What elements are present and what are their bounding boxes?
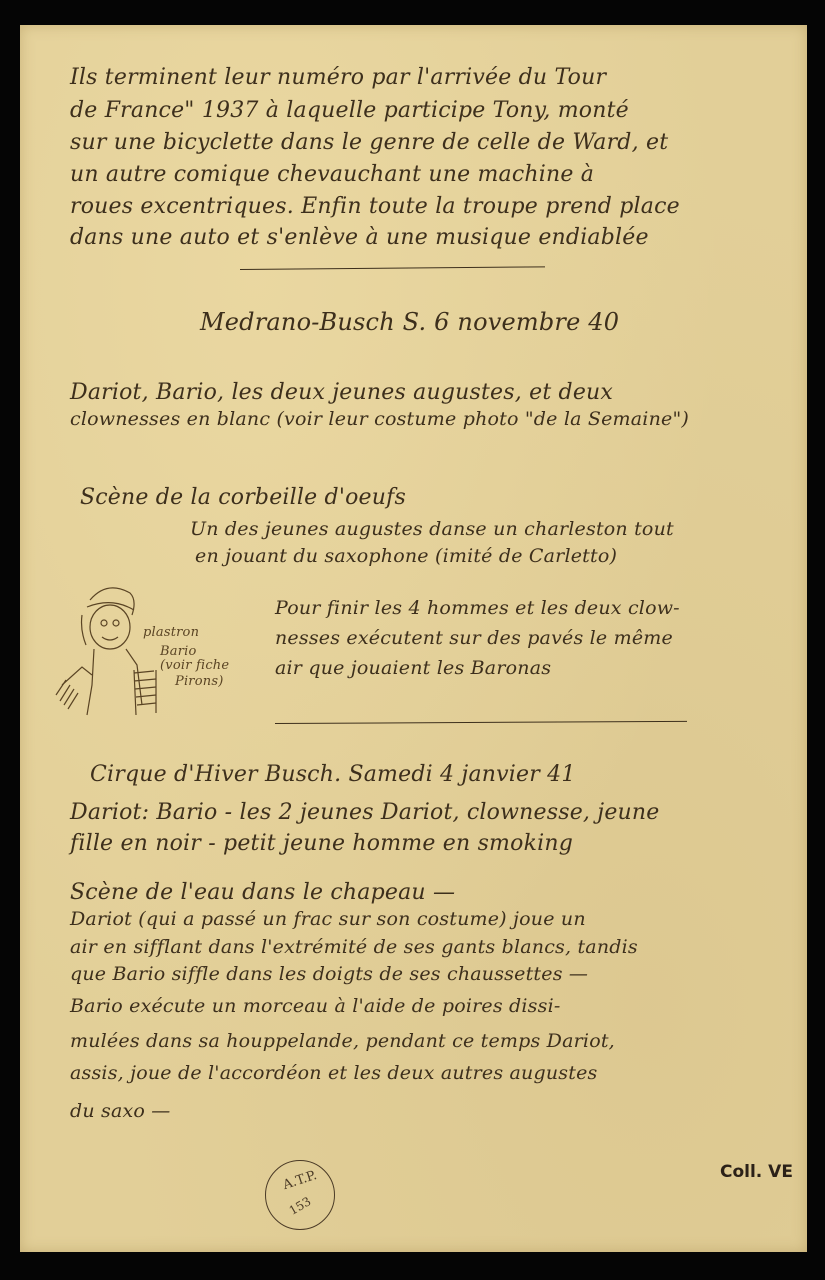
section1-cast-line-2: clownesses en blanc (voir leur costume p… xyxy=(70,408,689,430)
section2-scene-line-6: assis, joue de l'accordéon et les deux a… xyxy=(70,1062,597,1084)
intro-line-1: Ils terminent leur numéro par l'arrivée … xyxy=(70,65,606,90)
intro-line-5: roues excentriques. Enfin toute la troup… xyxy=(70,194,680,219)
section2-scene-line-4: Bario exécute un morceau à l'aide de poi… xyxy=(70,995,560,1017)
section2-cast-line-1: Dariot: Bario - les 2 jeunes Dariot, clo… xyxy=(70,800,660,825)
sketch-label-pirons: Pirons) xyxy=(175,674,223,689)
section1-scene-line-1: Un des jeunes augustes danse un charlest… xyxy=(190,518,674,540)
section1-scene-title: Scène de la corbeille d'oeufs xyxy=(80,485,406,510)
section1-finale-line-2: nesses exécutent sur des pavés le même xyxy=(275,627,673,649)
section2-scene-line-2: air en sifflant dans l'extrémité de ses … xyxy=(70,936,638,958)
sketch-label-voir-fiche: (voir fiche xyxy=(160,658,229,673)
atp-archive-stamp: A.T.P. 153 xyxy=(265,1160,335,1230)
section2-scene-line-3: que Bario siffle dans les doigts de ses … xyxy=(70,963,588,985)
section2-cast-line-2: fille en noir - petit jeune homme en smo… xyxy=(70,831,573,856)
section1-finale-line-3: air que jouaient les Baronas xyxy=(275,657,551,679)
intro-line-6: dans une auto et s'enlève à une musique … xyxy=(70,225,649,250)
intro-line-2: de France" 1937 à laquelle participe Ton… xyxy=(70,98,629,123)
intro-line-3: sur une bicyclette dans le genre de cell… xyxy=(70,130,668,155)
sketch-label-plastron: plastron xyxy=(143,625,199,640)
section1-cast-line-1: Dariot, Bario, les deux jeunes augustes,… xyxy=(70,380,613,405)
scan-border-right xyxy=(807,0,825,1280)
section2-scene-line-5: mulées dans sa houppelande, pendant ce t… xyxy=(70,1030,615,1052)
section1-finale-line-1: Pour finir les 4 hommes et les deux clow… xyxy=(275,597,680,619)
section1-scene-line-2: en jouant du saxophone (imité de Carlett… xyxy=(195,545,617,567)
collection-mark: Coll. VE xyxy=(720,1162,793,1182)
section1-heading: Medrano-Busch S. 6 novembre 40 xyxy=(200,308,619,336)
section2-scene-line-7: du saxo — xyxy=(70,1100,171,1122)
intro-line-4: un autre comique chevauchant une machine… xyxy=(70,162,594,187)
section2-scene-title: Scène de l'eau dans le chapeau — xyxy=(70,880,455,905)
section2-scene-line-1: Dariot (qui a passé un frac sur son cost… xyxy=(70,908,586,930)
sketch-label-bario: Bario xyxy=(160,644,197,659)
section2-heading: Cirque d'Hiver Busch. Samedi 4 janvier 4… xyxy=(90,762,576,787)
